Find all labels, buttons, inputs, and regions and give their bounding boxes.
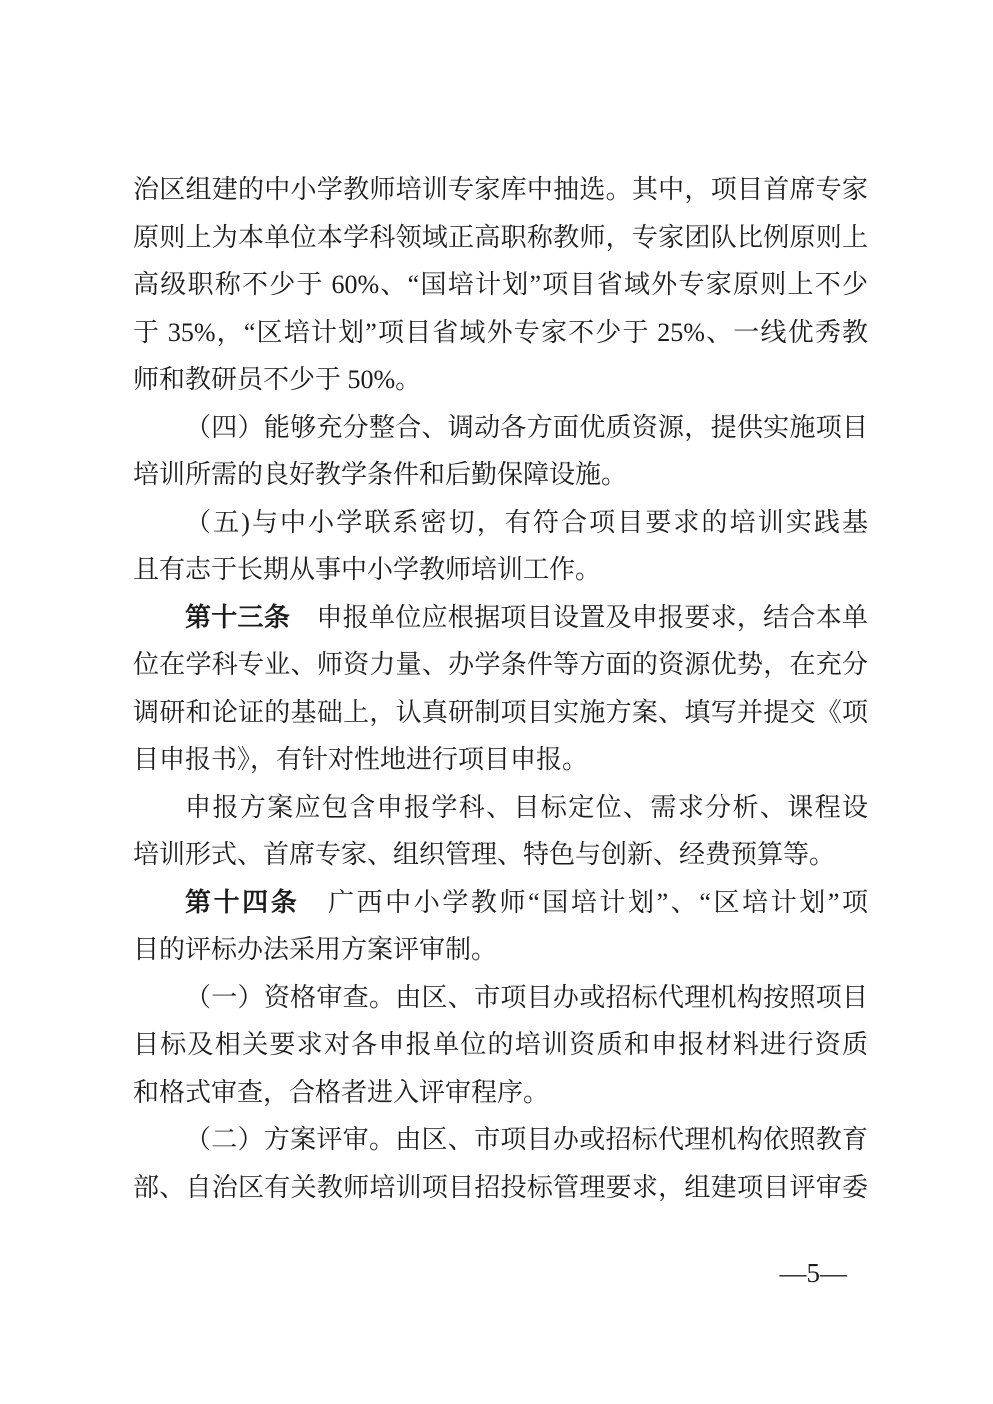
- text-line: 和格式审查，合格者进入评审程序。: [133, 1069, 868, 1117]
- text-line: （四）能够充分整合、调动各方面优质资源，提供实施项目: [133, 404, 868, 452]
- text-line: 目的评标办法采用方案评审制。: [133, 926, 868, 974]
- text-line: 治区组建的中小学教师培训专家库中抽选。其中，项目首席专家: [133, 166, 868, 214]
- text-line: 原则上为本单位本学科领域正高职称教师，专家团队比例原则上: [133, 214, 868, 262]
- text-line: 培训所需的良好教学条件和后勤保障设施。: [133, 451, 868, 499]
- text-line: 目标及相关要求对各申报单位的培训资质和申报材料进行资质: [133, 1021, 868, 1069]
- text-line: 申报方案应包含申报学科、目标定位、需求分析、课程设置、: [133, 784, 868, 832]
- text-line: 师和教研员不少于 50%。: [133, 356, 868, 404]
- document-body: 治区组建的中小学教师培训专家库中抽选。其中，项目首席专家原则上为本单位本学科领域…: [133, 166, 868, 1211]
- page-number: —5—: [780, 1255, 848, 1291]
- text-line: 位在学科专业、师资力量、办学条件等方面的资源优势，在充分: [133, 641, 868, 689]
- text-line: （一）资格审查。由区、市项目办或招标代理机构按照项目: [133, 974, 868, 1022]
- document-page: 治区组建的中小学教师培训专家库中抽选。其中，项目首席专家原则上为本单位本学科领域…: [0, 0, 993, 1404]
- text-line: 目申报书》，有针对性地进行项目申报。: [133, 736, 868, 784]
- text-line: 且有志于长期从事中小学教师培训工作。: [133, 546, 868, 594]
- text-line: 调研和论证的基础上，认真研制项目实施方案、填写并提交《项: [133, 689, 868, 737]
- text-line: 于 35%，“区培计划”项目省域外专家不少于 25%、一线优秀教: [133, 309, 868, 357]
- text-line: 第十四条 广西中小学教师“国培计划”、“区培计划”项: [133, 879, 868, 927]
- text-line: 培训形式、首席专家、组织管理、特色与创新、经费预算等。: [133, 831, 868, 879]
- text-line: 高级职称不少于 60%、“国培计划”项目省域外专家原则上不少: [133, 261, 868, 309]
- text-line: 部、自治区有关教师培训项目招投标管理要求，组建项目评审委: [133, 1164, 868, 1212]
- text-line: （二）方案评审。由区、市项目办或招标代理机构依照教育: [133, 1116, 868, 1164]
- text-line: （五)与中小学联系密切，有符合项目要求的培训实践基地，: [133, 499, 868, 547]
- text-line: 第十三条 申报单位应根据项目设置及申报要求，结合本单: [133, 594, 868, 642]
- article-number: 第十四条: [185, 888, 299, 917]
- article-number: 第十三条: [185, 603, 290, 632]
